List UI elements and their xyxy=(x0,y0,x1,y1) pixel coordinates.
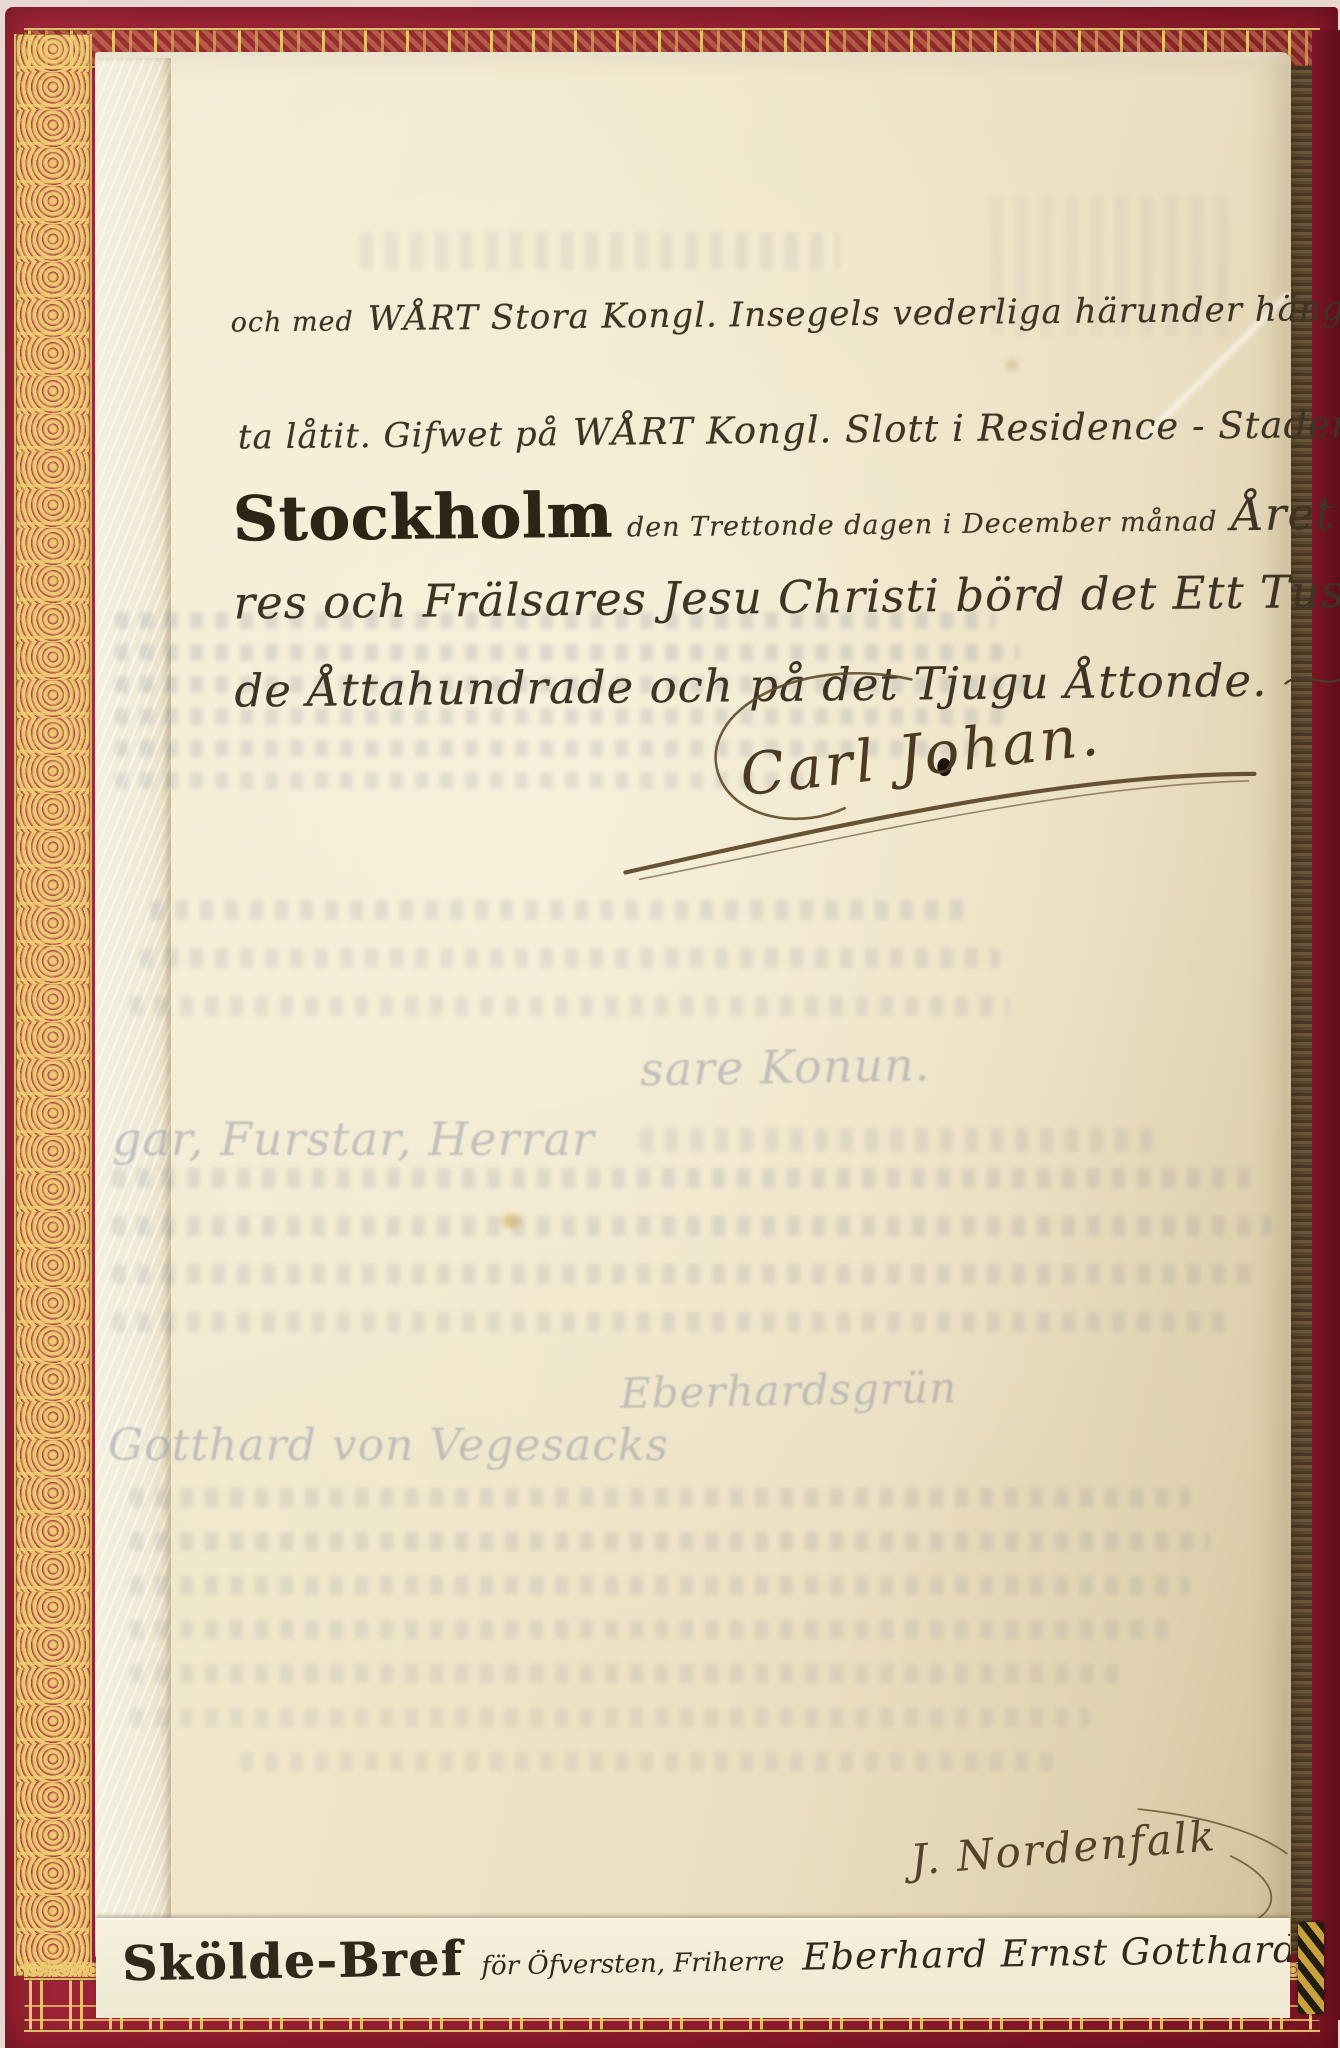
docket-line: Skölde-Bref för Öfversten, Friherre Eber… xyxy=(122,1918,1290,1992)
body-line-4-text: res och Frälsares Jesu Christi börd det … xyxy=(233,564,1340,629)
body-line-2-lead: ta låtit. Gifwet på xyxy=(238,414,559,457)
book-scan: sare Konun. gar, Furstar, Herrar Eberhar… xyxy=(0,0,1340,2048)
body-line-1-lead: och med xyxy=(230,306,354,338)
royal-signature: Carl Johan. xyxy=(591,655,1293,902)
countersignature-text: J. Nordenfalk xyxy=(901,1811,1219,1885)
royal-signature-text: Carl Johan. xyxy=(737,700,1105,809)
docket-recipient-name: Eberhard Ernst Gotthard von Vegesacks xyxy=(802,1923,1290,1978)
body-line-3-date: den Trettonde dagen i December månad xyxy=(627,506,1218,543)
body-line-4: res och Frälsares Jesu Christi börd det … xyxy=(233,564,1340,629)
body-line-1-text: WÅRT Stora Kongl. Insegels vederliga här… xyxy=(368,287,1340,340)
place-word-stockholm: Stockholm xyxy=(232,479,613,556)
docket-title: Skölde-Bref xyxy=(122,1931,464,1992)
body-line-2-text: WÅRT Kongl. Slott i Residence - Staden xyxy=(573,403,1340,454)
body-line-2: ta låtit. Gifwet på WÅRT Kongl. Slott i … xyxy=(238,401,1340,457)
docket-slip: Skölde-Bref för Öfversten, Friherre Eber… xyxy=(96,1918,1290,2018)
docket-recipient-style: för Öfversten, Friherre xyxy=(481,1947,784,1982)
body-line-3: Stockholm den Trettonde dagen i December… xyxy=(232,467,1340,555)
body-line-3-text: Året efter wår Her- xyxy=(1231,483,1340,541)
manuscript-text-block: och med WÅRT Stora Kongl. Insegels veder… xyxy=(0,0,1340,2048)
body-line-1: och med WÅRT Stora Kongl. Insegels veder… xyxy=(230,287,1340,341)
